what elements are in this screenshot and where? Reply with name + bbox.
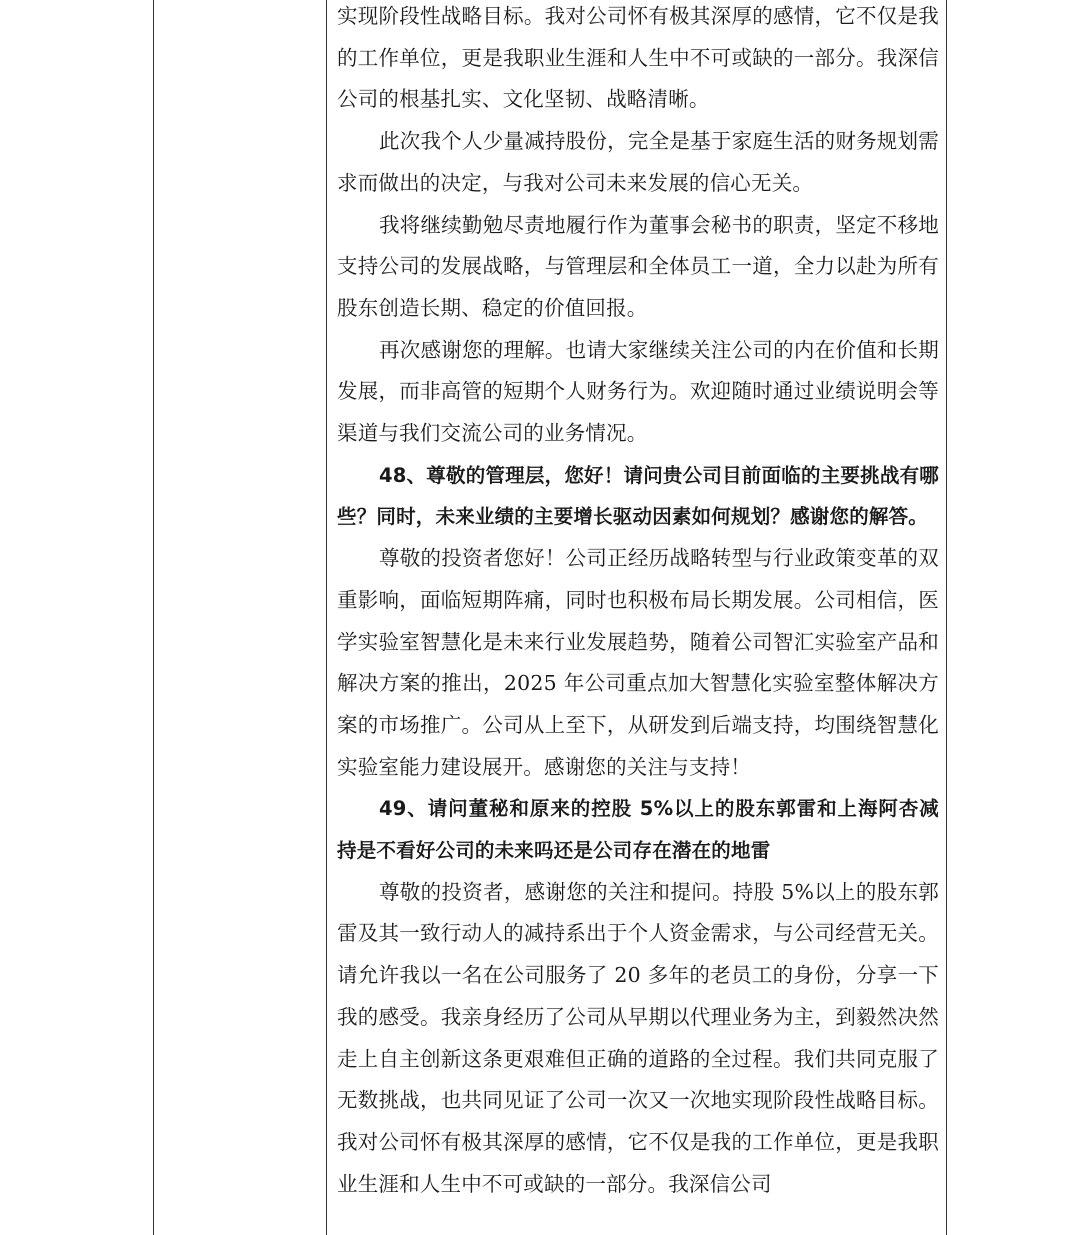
answer-paragraph: 此次我个人少量减持股份，完全是基于家庭生活的财务规划需求而做出的决定，与我对公司… [337,121,939,204]
table-content-column: 实现阶段性战略目标。我对公司怀有极其深厚的感情，它不仅是我的工作单位，更是我职业… [337,0,939,1205]
qa-table: 实现阶段性战略目标。我对公司怀有极其深厚的感情，它不仅是我的工作单位，更是我职业… [153,0,947,1235]
answer-paragraph-continuation: 实现阶段性战略目标。我对公司怀有极其深厚的感情，它不仅是我的工作单位，更是我职业… [337,0,939,121]
answer-paragraph: 再次感谢您的理解。也请大家继续关注公司的内在价值和长期发展，而非高管的短期个人财… [337,330,939,455]
table-label-column [154,0,327,1235]
answer-48: 尊敬的投资者您好！公司正经历战略转型与行业政策变革的双重影响，面临短期阵痛，同时… [337,538,939,788]
question-49: 49、请问董秘和原来的控股 5%以上的股东郭雷和上海阿杏减持是不看好公司的未来吗… [337,788,939,871]
question-48: 48、尊敬的管理层，您好！请问贵公司目前面临的主要挑战有哪些？同时，未来业绩的主… [337,455,939,538]
answer-49: 尊敬的投资者，感谢您的关注和提问。持股 5%以上的股东郭雷及其一致行动人的减持系… [337,872,939,1206]
answer-paragraph: 我将继续勤勉尽责地履行作为董事会秘书的职责，坚定不移地支持公司的发展战略，与管理… [337,205,939,330]
